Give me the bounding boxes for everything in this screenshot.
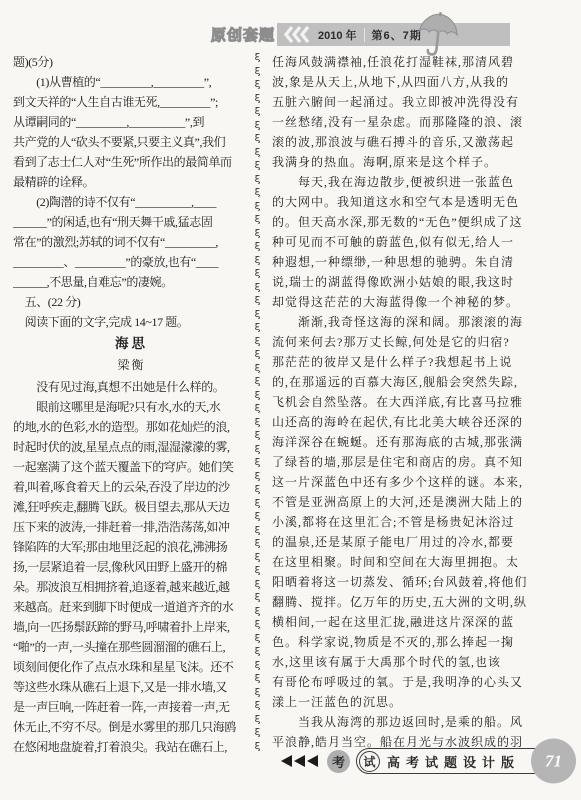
divider-glyph: ξ <box>255 471 261 485</box>
essay-text-line: 小溪,都将在这里汇合;不管是杨贵妃沐浴过 <box>272 512 559 532</box>
essay-text-line: 朵。那波浪互相拥挤着,追逐着,越来越近,越 <box>13 577 250 597</box>
essay-text-line: 锋陷阵的大军;那由地里泛起的浪花,沸沸扬 <box>13 537 250 557</box>
divider-glyph: ξ <box>255 417 261 431</box>
divider-glyph: ξ <box>255 606 261 620</box>
footer-brand-pill: 试 高考试题设计版 71 <box>356 748 567 774</box>
essay-text-line: 墙,向一匹扬鬃跃蹄的野马,呼啸着扑上岸来, <box>13 617 250 637</box>
divider-glyph: ξ <box>255 498 261 512</box>
essay-title: 海思 <box>13 333 250 355</box>
column-divider: ξξξξξξξξξξξξξξξξξξξξξξξξξξξξξξξξξξξξξξξξ… <box>250 52 266 760</box>
year-label: 2010 年 <box>318 27 357 43</box>
divider-glyph: ξ <box>255 322 261 336</box>
question-text-line: 从谭嗣同的“_________,__________”,到 <box>13 112 250 132</box>
essay-text-line: 翻腾、搅拌。亿万年的历史,五大洲的文明,纵 <box>272 592 559 612</box>
footer-brand-circle-kao: 考 <box>327 750 350 773</box>
essay-text-line: 扬,一层紧追着一层,像秋风田野上盛开的棉 <box>13 557 250 577</box>
divider-glyph: ξ <box>255 349 261 363</box>
scanned-exam-page: 原创套题 2010 年 第6、7期 题)(5分) (1)从曹植的“_______… <box>0 0 581 800</box>
page-number-badge: 71 <box>531 739 576 784</box>
divider-glyph: ξ <box>255 673 261 687</box>
divider-glyph: ξ <box>255 403 261 417</box>
question-text-line: ______”的闲适,也有“刑天舞干戚,猛志固 <box>13 212 250 232</box>
divider-glyph: ξ <box>255 133 261 147</box>
essay-text-line: 没有见过海,真想不出她是什么样的。 <box>13 377 250 397</box>
triple-chevron-left-icon <box>284 26 310 43</box>
essay-text-line: 的地,水的色彩,水的造型。那如花灿烂的浪, <box>13 417 250 437</box>
divider-glyph: ξ <box>255 687 261 701</box>
essay-text-line: 每天,我在海边散步,便被织进一张蓝色 <box>272 172 559 192</box>
divider-glyph: ξ <box>255 160 261 174</box>
divider-glyph: ξ <box>255 336 261 350</box>
divider-glyph: ξ <box>255 525 261 539</box>
divider-glyph: ξ <box>255 147 261 161</box>
two-column-text-area: 题)(5分) (1)从曹植的“_________,_________”,到文天祥… <box>13 52 569 760</box>
divider-glyph: ξ <box>255 741 261 755</box>
essay-text-line: 任海风鼓满襟袖,任浪花打湿鞋袜,那清风碧 <box>272 52 559 72</box>
divider-glyph: ξ <box>255 727 261 741</box>
question-text-line: 看到了志士仁人对“生死”所作出的最简单而 <box>13 152 250 172</box>
divider-glyph: ξ <box>255 309 261 323</box>
essay-text-line: 我满身的热血。海啊,原来是这个样子。 <box>272 152 559 172</box>
divider-glyph: ξ <box>255 255 261 269</box>
essay-body-right: 任海风鼓满襟袖,任浪花打湿鞋袜,那清风碧波,象是从天上,从地下,从四面八方,从我… <box>272 52 559 752</box>
essay-text-line: 渐渐,我奇怪这海的深和阔。那滚滚的海 <box>272 312 559 332</box>
essay-text-line: 色。科学家说,物质是不灭的,那么捧起一掬 <box>272 632 559 652</box>
divider-glyph: ξ <box>255 201 261 215</box>
essay-text-line: 着,叫着,啄食着天上的云朵,吞没了岸边的沙 <box>13 477 250 497</box>
essay-text-line: 这一片深蓝色中还有多少个这样的谜。本来, <box>272 472 559 492</box>
essay-text-line: 飞机会自然坠落。在大西洋底,有比喜马拉雅 <box>272 392 559 412</box>
essay-text-line: 不管是亚洲高原上的大河,还是澳洲大陆上的 <box>272 492 559 512</box>
triangle-left-icon <box>307 755 318 767</box>
divider-glyph: ξ <box>255 376 261 390</box>
essay-text-line: 一丝愁绪,没有一星杂虑。而那隆隆的浪、滚 <box>272 112 559 132</box>
essay-text-line: 顷刻间便化作了点点水珠和星星飞沫。还不 <box>13 657 250 677</box>
divider-glyph: ξ <box>255 633 261 647</box>
divider-glyph: ξ <box>255 579 261 593</box>
divider-glyph: ξ <box>255 295 261 309</box>
essay-text-line: 有哥伦布呼吸过的氧。于是,我明净的心头又 <box>272 672 559 692</box>
divider-glyph: ξ <box>255 390 261 404</box>
essay-text-line: 了绿苔的墙,那层是住宅和商店的房。真不知 <box>272 452 559 472</box>
header-bar: 2010 年 第6、7期 <box>277 23 510 46</box>
essay-text-line: 的大网中。我知道这水和空气本是透明无色 <box>272 192 559 212</box>
essay-text-line: 却觉得这茫茫的大海蓝得像一个神秘的梦。 <box>272 292 559 312</box>
essay-text-line: 山还高的海岭在起伏,有比北美大峡谷还深的 <box>272 412 559 432</box>
divider-glyph: ξ <box>255 660 261 674</box>
divider-glyph: ξ <box>255 241 261 255</box>
page-header: 原创套题 2010 年 第6、7期 <box>0 16 581 54</box>
divider-glyph: ξ <box>255 444 261 458</box>
divider-glyph: ξ <box>255 430 261 444</box>
right-column: 任海风鼓满襟袖,任浪花打湿鞋袜,那清风碧波,象是从天上,从地下,从四面八方,从我… <box>266 52 559 760</box>
divider-glyph: ξ <box>255 457 261 471</box>
essay-text-line: 水,这里该有属于大禹那个时代的氢,也该 <box>272 652 559 672</box>
divider-glyph: ξ <box>255 106 261 120</box>
divider-glyph: ξ <box>255 646 261 660</box>
essay-text-line: 阳晒着将这一切蒸发、循环;台风鼓着,将他们 <box>272 572 559 592</box>
essay-text-line: 种遐想,一种缥缈,一种思想的驰骋。朱自清 <box>272 252 559 272</box>
divider-glyph: ξ <box>255 619 261 633</box>
essay-text-line: 等这些水珠从礁石上退下,又是一排水墙,又 <box>13 677 250 697</box>
question-text-line: 到文天祥的“人生自古谁无死,_________”; <box>13 92 250 112</box>
triangle-left-icon <box>281 755 292 767</box>
essay-text-line: 那茫茫的彼岸又是什么样子?我想起书上说 <box>272 352 559 372</box>
question-text-line: (2)陶潜的诗不仅有“__________,____ <box>13 192 250 212</box>
divider-glyph: ξ <box>255 538 261 552</box>
essay-text-line: 一起塞满了这个蓝天覆盖下的穹庐。她们笑 <box>13 457 250 477</box>
question-text-line: 五、(22 分) <box>13 292 250 312</box>
question-text-line: 题)(5分) <box>13 52 250 72</box>
essay-text-line: 的,在那遥远的百慕大海区,舰船会突然失踪, <box>272 372 559 392</box>
essay-text-line: 流何来何去?那万丈长鲸,何处是它的归宿? <box>272 332 559 352</box>
footer-brand-circle-shi: 试 <box>359 751 380 772</box>
essay-text-line: 当我从海湾的那边返回时,是乘的船。风 <box>272 712 559 732</box>
divider-glyph: ξ <box>255 484 261 498</box>
divider-glyph: ξ <box>255 214 261 228</box>
question-text-line: _________、_________”的豪放,也有“____ <box>13 252 250 272</box>
question-text-line: 常在”的激烈;苏轼的词不仅有“_________, <box>13 232 250 252</box>
triangle-left-icon <box>294 755 305 767</box>
divider-glyph: ξ <box>255 700 261 714</box>
essay-text-line: 眼前这哪里是海呢?只有水,水的天,水 <box>13 397 250 417</box>
essay-text-line: 滚的波,那浪波与礁石搏斗的音乐,又激荡起 <box>272 132 559 152</box>
essay-text-line: 种可见而不可触的蔚蓝色,似有似无,给人一 <box>272 232 559 252</box>
divider-glyph: ξ <box>255 552 261 566</box>
essay-body-left: 没有见过海,真想不出她是什么样的。 眼前这哪里是海呢?只有水,水的天,水的地,水… <box>13 377 250 757</box>
divider-glyph: ξ <box>255 174 261 188</box>
footer-edition-label: 高考试题设计版 <box>387 752 520 771</box>
divider-glyph: ξ <box>255 592 261 606</box>
question-text-line: 共产党的人“砍头不要紧,只要主义真”,我们 <box>13 132 250 152</box>
question-text-line: 阅读下面的文字,完成 14~17 题。 <box>13 312 250 332</box>
divider-glyph: ξ <box>255 282 261 296</box>
essay-text-line: 在悠闲地盘旋着,打着浪尖。我站在礁石上, <box>13 737 250 757</box>
essay-text-line: 时起时伏的波,星星点点的雨,湿湿濛濛的雾, <box>13 437 250 457</box>
essay-text-line: 的温泉,还是某原子能电厂用过的冷水,都要 <box>272 532 559 552</box>
question-text-line: 最精辟的诠释。 <box>13 172 250 192</box>
essay-text-line: 漾上一汪蓝色的沉思。 <box>272 692 559 712</box>
essay-text-line: 压下来的波涛,一排赶着一排,浩浩荡荡,如冲 <box>13 517 250 537</box>
divider-glyph: ξ <box>255 714 261 728</box>
divider-glyph: ξ <box>255 120 261 134</box>
page-footer: 考 试 高考试题设计版 71 <box>281 738 567 784</box>
question-text-line: (1)从曹植的“_________,_________”, <box>13 72 250 92</box>
divider-glyph: ξ <box>255 79 261 93</box>
essay-text-line: 在这里相聚。时间和空间在大海里拥抱。太 <box>272 552 559 572</box>
question-text-line: ______,不思量,自难忘”的凄婉。 <box>13 272 250 292</box>
essay-text-line: 的。但天高水深,那无数的“无色”便织成了这 <box>272 212 559 232</box>
essay-text-line: 滩,狂呼疾走,翻腾飞跃。极目望去,那从天边 <box>13 497 250 517</box>
bar-separator <box>364 28 365 42</box>
essay-text-line: 海洋深谷在蜿蜒。还有那海底的古城,那张满 <box>272 432 559 452</box>
essay-author: 梁衡 <box>13 355 250 376</box>
essay-text-line: 休无止,不穷不尽。倒是水雾里的那几只海鸥 <box>13 717 250 737</box>
magazine-brand: 原创套题 <box>211 24 275 45</box>
divider-glyph: ξ <box>255 565 261 579</box>
essay-text-line: 来越高。赶来到脚下时便成一道道齐齐的水 <box>13 597 250 617</box>
divider-glyph: ξ <box>255 268 261 282</box>
essay-text-line: 波,象是从天上,从地下,从四面八方,从我的 <box>272 72 559 92</box>
essay-text-line: “啪”的一声,一头撞在那些圆溜溜的礁石上, <box>13 637 250 657</box>
left-column: 题)(5分) (1)从曹植的“_________,_________”,到文天祥… <box>13 52 250 760</box>
divider-glyph: ξ <box>255 511 261 525</box>
divider-glyph: ξ <box>255 52 261 66</box>
essay-text-line: 说,瑞士的湖蓝得像欧洲小姑娘的眼,我这时 <box>272 272 559 292</box>
divider-glyph: ξ <box>255 363 261 377</box>
essay-text-line: 是一声巨响,一阵赶着一阵,一声接着一声,无 <box>13 697 250 717</box>
divider-glyph: ξ <box>255 187 261 201</box>
divider-glyph: ξ <box>255 93 261 107</box>
essay-text-line: 横相间,一起在这里汇拢,融进这片深深的蓝 <box>272 612 559 632</box>
divider-glyph: ξ <box>255 228 261 242</box>
question-section: 题)(5分) (1)从曹植的“_________,_________”,到文天祥… <box>13 52 250 332</box>
divider-glyph: ξ <box>255 66 261 80</box>
essay-text-line: 五脏六腑间一起涌过。我立即被冲洗得没有 <box>272 92 559 112</box>
